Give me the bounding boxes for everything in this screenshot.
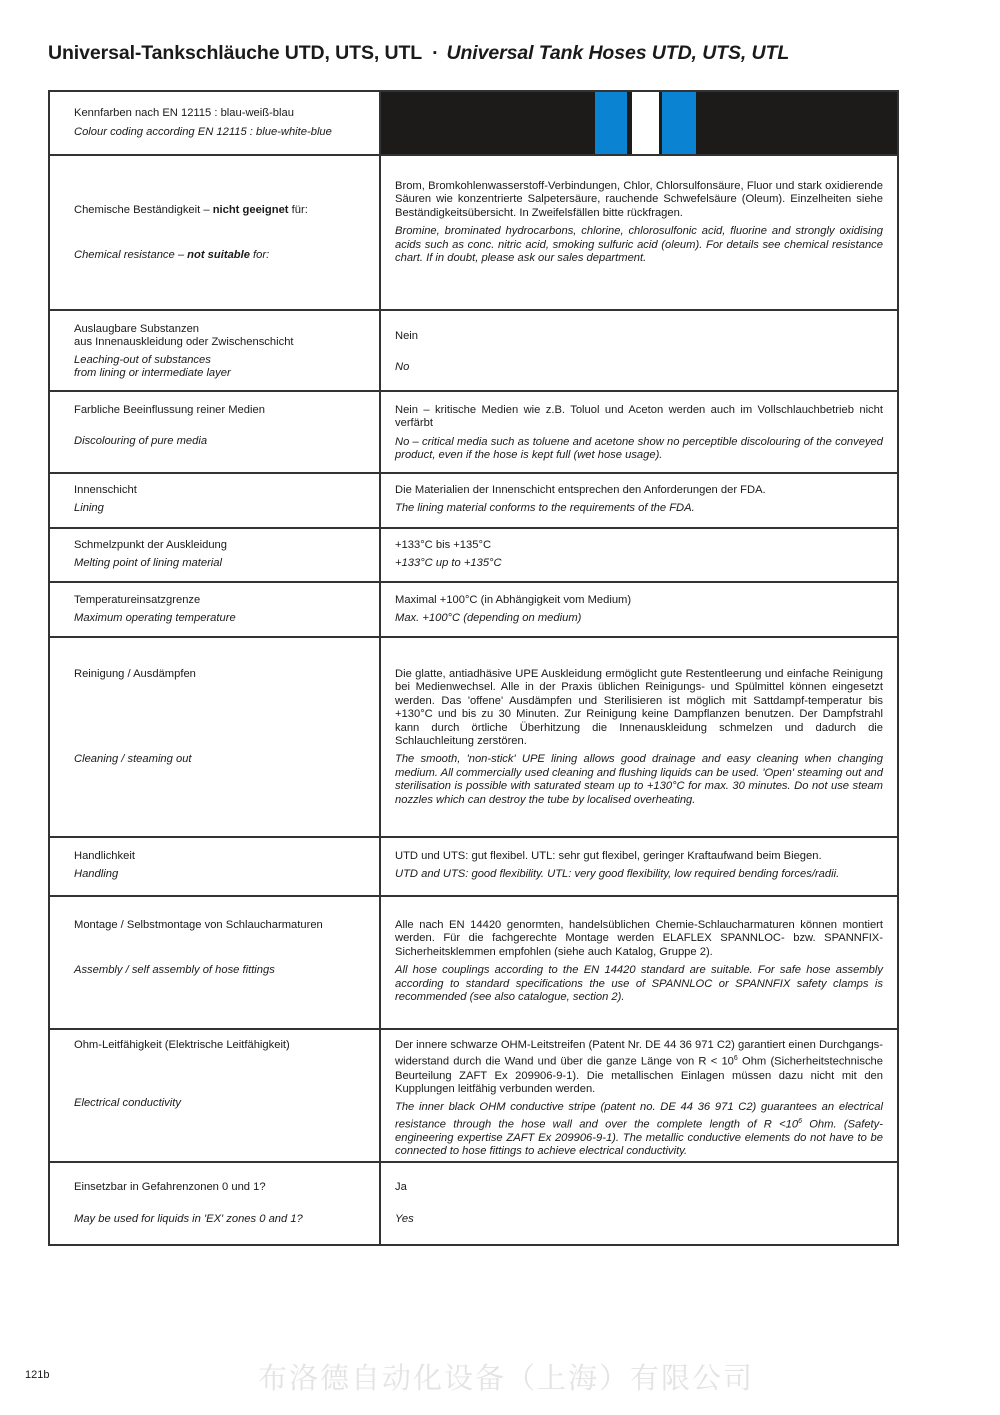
value-cell: +133°C bis +135°C +133°C up to +135°C (380, 528, 898, 582)
value-de: Maximal +100°C (in Abhängigkeit vom Medi… (395, 594, 883, 607)
table-row-lining: Innenschicht Lining Die Materialien der … (49, 473, 898, 528)
value-cell: Nein No (380, 310, 898, 391)
label-en: Handling (74, 868, 369, 881)
value-en: No (395, 361, 883, 374)
colour-coding-swatch (380, 91, 898, 155)
label-en: Cleaning / steaming out (74, 753, 369, 766)
label-en: May be used for liquids in 'EX' zones 0 … (74, 1213, 369, 1226)
label-cell: Kennfarben nach EN 12115 : blau-weiß-bla… (49, 91, 380, 155)
table-row-leaching: Auslaugbare Substanzen aus Innenauskleid… (49, 310, 898, 391)
label-cell: Temperatureinsatzgrenze Maximum operatin… (49, 582, 380, 637)
white-stripe (632, 92, 659, 154)
label-de: Farbliche Beeinflussung reiner Medien (74, 404, 369, 417)
title-german: Universal-Tankschläuche UTD, UTS, UTL (48, 42, 422, 64)
label-de: Kennfarben nach EN 12115 : blau-weiß-bla… (74, 107, 369, 120)
label-en: Lining (74, 502, 369, 515)
table-row-discolouring: Farbliche Beeinflussung reiner Medien Di… (49, 391, 898, 473)
label-cell: Montage / Selbstmontage von Schlaucharma… (49, 896, 380, 1029)
label-de: Schmelzpunkt der Auskleidung (74, 539, 369, 552)
label-en: Colour coding according EN 12115 : blue-… (74, 126, 369, 139)
value-cell: Maximal +100°C (in Abhängigkeit vom Medi… (380, 582, 898, 637)
value-de: Der innere schwarze OHM-Leitstreifen (Pa… (395, 1039, 883, 1096)
value-de: Alle nach EN 14420 genormten, handelsübl… (395, 919, 883, 959)
label-de: Montage / Selbstmontage von Schlaucharma… (74, 919, 369, 932)
table-row-max-temperature: Temperatureinsatzgrenze Maximum operatin… (49, 582, 898, 637)
value-de: Die Materialien der Innenschicht entspre… (395, 484, 883, 497)
label-de: Temperatureinsatzgrenze (74, 594, 369, 607)
value-cell: Alle nach EN 14420 genormten, handelsübl… (380, 896, 898, 1029)
blue-stripe (662, 92, 696, 154)
value-de: Brom, Bromkohlenwasserstoff-Verbindungen… (395, 180, 883, 220)
label-de-line1: Auslaugbare Substanzen (74, 323, 369, 336)
label-en: Maximum operating temperature (74, 612, 369, 625)
value-en: The lining material conforms to the requ… (395, 502, 883, 515)
label-de: Einsetzbar in Gefahrenzonen 0 und 1? (74, 1181, 369, 1194)
value-de: Ja (395, 1181, 883, 1194)
value-en: Yes (395, 1213, 883, 1226)
value-cell: Nein – kritische Medien wie z.B. Toluol … (380, 391, 898, 473)
label-cell: Schmelzpunkt der Auskleidung Melting poi… (49, 528, 380, 582)
label-cell: Ohm-Leitfähigkeit (Elektrische Leitfähig… (49, 1029, 380, 1162)
page-number: 121b (25, 1369, 49, 1381)
value-en: All hose couplings according to the EN 1… (395, 964, 883, 1004)
label-cell: Einsetzbar in Gefahrenzonen 0 und 1? May… (49, 1162, 380, 1245)
page-title: Universal-Tankschläuche UTD, UTS, UTL·Un… (48, 42, 789, 65)
label-cell: Innenschicht Lining (49, 473, 380, 528)
table-row-electrical-conductivity: Ohm-Leitfähigkeit (Elektrische Leitfähig… (49, 1029, 898, 1162)
label-de: Ohm-Leitfähigkeit (Elektrische Leitfähig… (74, 1039, 369, 1052)
table-row-cleaning: Reinigung / Ausdämpfen Cleaning / steami… (49, 637, 898, 837)
label-de-line2: aus Innenauskleidung oder Zwischenschich… (74, 336, 369, 349)
label-de: Reinigung / Ausdämpfen (74, 668, 369, 681)
value-en: +133°C up to +135°C (395, 557, 883, 570)
value-cell: UTD und UTS: gut flexibel. UTL: sehr gut… (380, 837, 898, 896)
watermark: 布洛德自动化设备（上海）有限公司 (258, 1356, 754, 1397)
value-de: Die glatte, antiadhäsive UPE Auskleidung… (395, 668, 883, 748)
label-de: Innenschicht (74, 484, 369, 497)
label-en: Discolouring of pure media (74, 435, 369, 448)
value-en: No – critical media such as toluene and … (395, 436, 883, 463)
spec-table: Kennfarben nach EN 12115 : blau-weiß-bla… (48, 90, 899, 1246)
label-en-line1: Leaching-out of substances (74, 354, 369, 367)
value-en: The smooth, 'non-stick' UPE lining allow… (395, 753, 883, 807)
value-de: UTD und UTS: gut flexibel. UTL: sehr gut… (395, 850, 883, 863)
title-english: Universal Tank Hoses UTD, UTS, UTL (447, 42, 790, 64)
table-row-assembly: Montage / Selbstmontage von Schlaucharma… (49, 896, 898, 1029)
value-cell: Ja Yes (380, 1162, 898, 1245)
label-de: Handlichkeit (74, 850, 369, 863)
label-cell: Farbliche Beeinflussung reiner Medien Di… (49, 391, 380, 473)
label-en-line2: from lining or intermediate layer (74, 367, 369, 380)
value-en: The inner black OHM conductive stripe (p… (395, 1101, 883, 1158)
table-row-handling: Handlichkeit Handling UTD und UTS: gut f… (49, 837, 898, 896)
value-cell: Die glatte, antiadhäsive UPE Auskleidung… (380, 637, 898, 837)
value-cell: Brom, Bromkohlenwasserstoff-Verbindungen… (380, 155, 898, 310)
title-separator: · (432, 42, 438, 64)
value-cell: Die Materialien der Innenschicht entspre… (380, 473, 898, 528)
value-de: Nein (395, 330, 883, 343)
value-en: Max. +100°C (depending on medium) (395, 612, 883, 625)
label-cell: Handlichkeit Handling (49, 837, 380, 896)
label-en: Electrical conductivity (74, 1097, 369, 1110)
label-en: Assembly / self assembly of hose fitting… (74, 964, 369, 977)
table-row-colour-coding: Kennfarben nach EN 12115 : blau-weiß-bla… (49, 91, 898, 155)
table-row-chemical-resistance: Chemische Beständigkeit – nicht geeignet… (49, 155, 898, 310)
value-de: +133°C bis +135°C (395, 539, 883, 552)
label-cell: Chemische Beständigkeit – nicht geeignet… (49, 155, 380, 310)
value-en: UTD and UTS: good flexibility. UTL: very… (395, 868, 883, 881)
label-de: Chemische Beständigkeit – nicht geeignet… (74, 204, 369, 217)
table-row-ex-zones: Einsetzbar in Gefahrenzonen 0 und 1? May… (49, 1162, 898, 1245)
blue-stripe (595, 92, 627, 154)
value-cell: Der innere schwarze OHM-Leitstreifen (Pa… (380, 1029, 898, 1162)
label-en: Melting point of lining material (74, 557, 369, 570)
label-en: Chemical resistance – not suitable for: (74, 249, 369, 262)
table-row-melting-point: Schmelzpunkt der Auskleidung Melting poi… (49, 528, 898, 582)
label-cell: Reinigung / Ausdämpfen Cleaning / steami… (49, 637, 380, 837)
label-cell: Auslaugbare Substanzen aus Innenauskleid… (49, 310, 380, 391)
value-de: Nein – kritische Medien wie z.B. Toluol … (395, 404, 883, 431)
value-en: Bromine, brominated hydrocarbons, chlori… (395, 225, 883, 265)
